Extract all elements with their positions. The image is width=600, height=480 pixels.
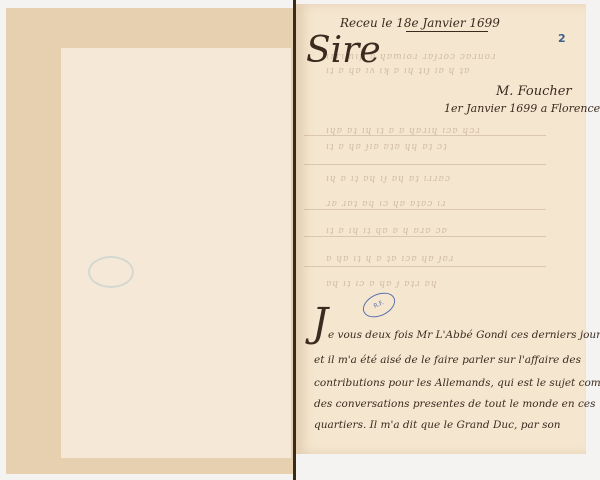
ruled-line (304, 266, 546, 267)
bleed-through-text: ɐ ɥɐ ıʇ ɥ ɐ ʇɐ ıɔɐ ɥɐ ɟɐɹ (326, 254, 454, 264)
underline (406, 31, 488, 32)
body-line: contributions pour les Allemands, qui es… (314, 377, 600, 389)
received-note: Receu le 18e Janvier 1699 (340, 16, 500, 30)
body-line: et il m'a été aisé de le faire parler su… (314, 354, 581, 366)
dateline: 1er Janvier 1699 a Florence (444, 102, 600, 115)
bleed-through-text: ıɥ ɐ ıʇ ɐɥ ıɟ ɐɥ ɐʇ ıɹɹɐɔ (326, 174, 451, 184)
ruled-line (304, 164, 546, 165)
bleed-through-text: ıɥɐ ɐʇ ıɥ ıʇ ɐ ɐ ɥɐɹıɥ ıɔɐ ɥɔɹ (326, 126, 481, 136)
left-page (6, 8, 294, 474)
ruled-line (304, 209, 546, 210)
body-line: des conversations presentes de tout le m… (314, 398, 595, 410)
body-line: e vous deux fois Mr L'Abbé Gondi ces der… (328, 329, 600, 341)
bleed-through-text: ıʇ ɐ ɥɐ ɟıɐ ɐʇɐ ɥɥ ɐʇ ɔʇ (326, 142, 448, 152)
ruled-line (304, 236, 546, 237)
right-page: ιrrιmıμ ɐ ɥɐmıoɹ ɹɐɟɹoɔ ɔɐɹuoɹ ıʇ ɐ ɥɐ ı… (296, 4, 586, 454)
body-line: quartiers. Il m'a dit que le Grand Duc, … (314, 419, 561, 431)
folio-number: 2 (558, 32, 566, 45)
salutation: Sire (306, 30, 381, 71)
manuscript-spread: ιrrιmıμ ɐ ɥɐmıoɹ ɹɐɟɹoɔ ɔɐɹuoɹ ıʇ ɐ ɥɐ ı… (0, 0, 600, 480)
author-name: M. Foucher (496, 84, 572, 99)
left-page-inner (61, 48, 291, 458)
faded-stamp (88, 256, 134, 288)
decorative-initial: J (312, 300, 328, 346)
bleed-through-text: ɹɐ ɹɐʇ ɐɥ ıɔ ɥɐ ɐʇɐɔ ıɹ (326, 199, 447, 209)
bleed-through-text: ɐɥ ıʇ ıɔ ɐ ɥɐ ɟ ɐʇɹ ɐɥ (326, 279, 438, 289)
bleed-through-text: ıʇ ɐ ıɥ ıʇ ɥɐ ɐ ɥ ɐɹɐ ɔɐ (326, 226, 448, 236)
library-stamp: R.F. (359, 288, 399, 322)
